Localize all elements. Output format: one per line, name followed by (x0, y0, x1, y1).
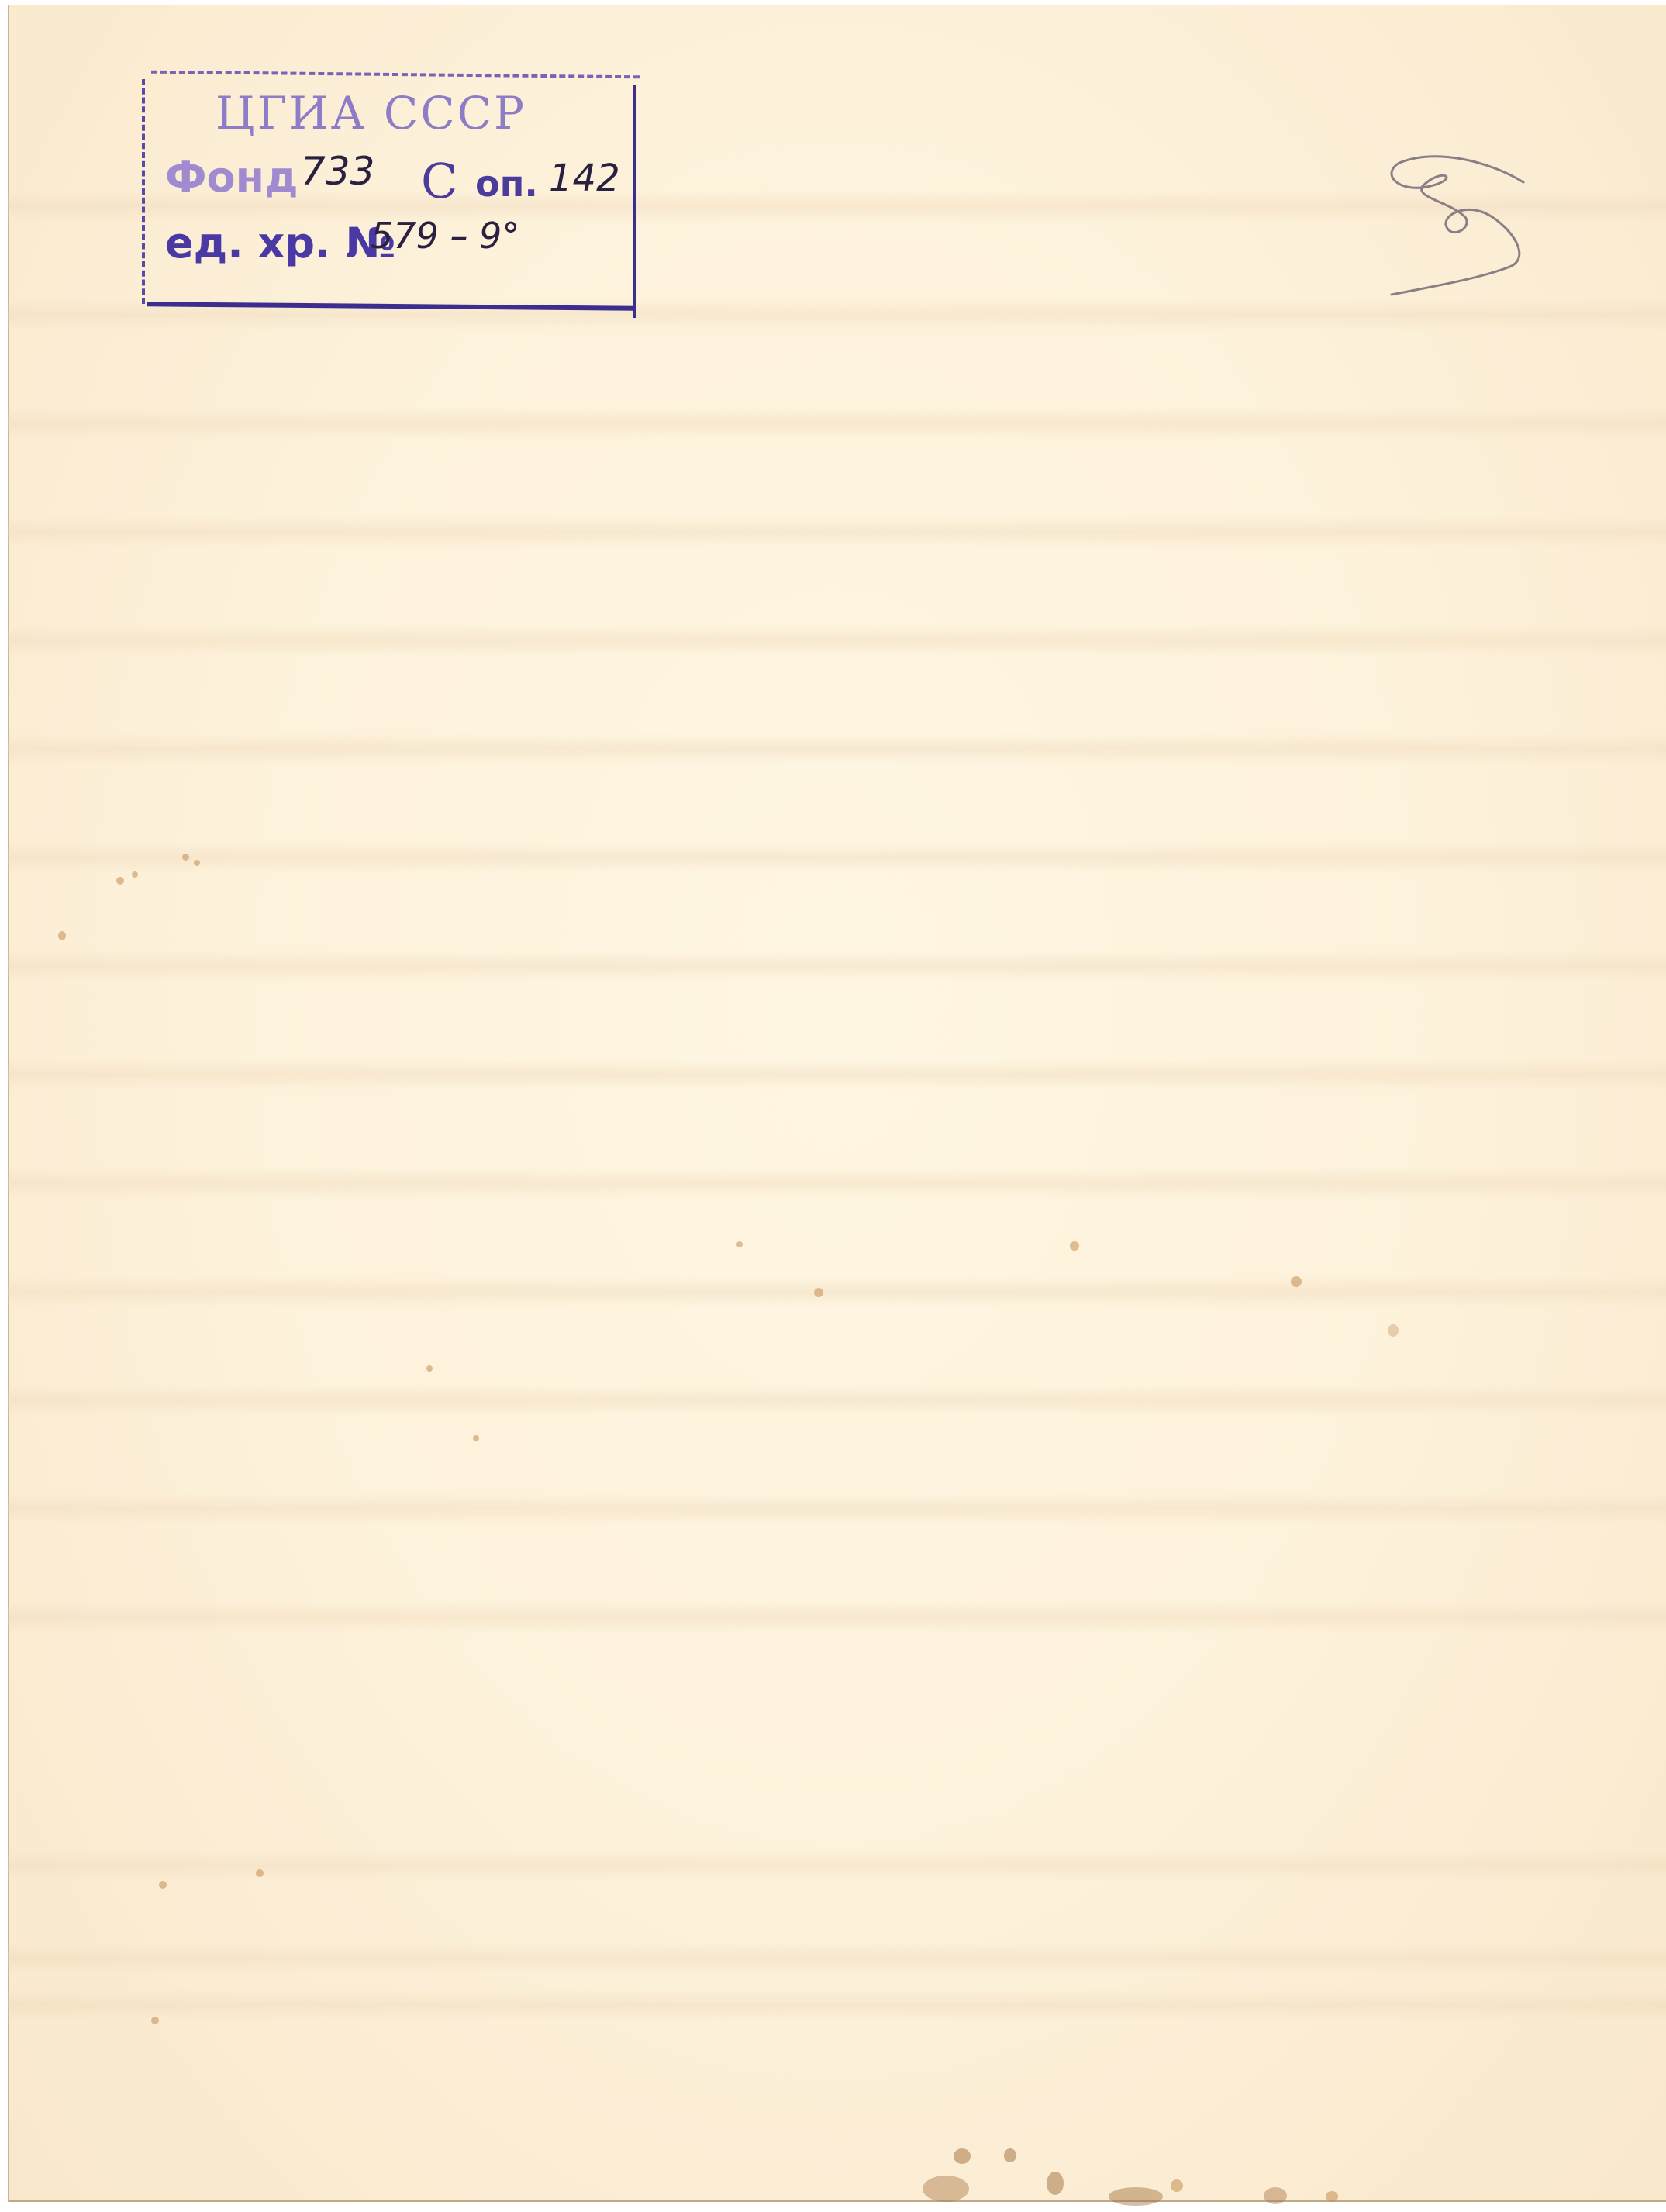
opis-label: оп. (475, 163, 538, 205)
foxing-spot (1291, 1276, 1302, 1287)
bleed-through-line (8, 1943, 1666, 1974)
bleed-through-line (8, 1385, 1666, 1416)
bleed-through-line (8, 1059, 1666, 1090)
fond-number: 733 (301, 149, 374, 194)
stamp-title: ЦГИА СССР (216, 87, 526, 140)
bleed-through-line (8, 516, 1666, 547)
stamp-border (142, 79, 145, 304)
foxing-spot (426, 1365, 433, 1372)
item-label: ед. хр. № (165, 219, 395, 267)
foxing-spot (1109, 2187, 1163, 2206)
foxing-spot (132, 871, 138, 878)
bleed-through-line (8, 733, 1666, 764)
bleed-through-line (8, 1989, 1666, 2020)
bleed-through-line (8, 842, 1666, 873)
document-sheet (8, 5, 1666, 2202)
foxing-spot (814, 1288, 823, 1297)
foxing-spot (1388, 1324, 1399, 1337)
foxing-spot (1171, 2179, 1183, 2192)
bleed-through-line (8, 1276, 1666, 1307)
foxing-spot (159, 1881, 167, 1889)
opis-number: 142 (549, 157, 620, 200)
bleed-through-line (8, 951, 1666, 982)
bleed-through-line (8, 1602, 1666, 1633)
bleed-through-line (8, 1168, 1666, 1199)
foxing-spot (954, 2148, 971, 2164)
archive-stamp: ЦГИА СССР Фонд 733 С оп. 142 ед. хр. № 5… (142, 71, 636, 305)
item-number: 579 – 9° (371, 215, 519, 257)
collection-letter: С (421, 153, 457, 209)
foxing-spot (1070, 1241, 1079, 1251)
foxing-spot (194, 860, 200, 866)
item-number-suffix: – 9° (450, 215, 519, 257)
foxing-spot (736, 1241, 743, 1247)
bleed-through-line (8, 408, 1666, 439)
foxing-spot (1326, 2191, 1338, 2202)
stamp-border (633, 85, 636, 318)
fond-label: Фонд (165, 153, 298, 202)
foxing-spot (1004, 2148, 1016, 2162)
item-number-value: 579 (371, 215, 439, 257)
foxing-spot (116, 877, 124, 885)
foxing-spot (473, 1435, 479, 1441)
foxing-spot (1264, 2187, 1287, 2204)
foxing-spot (151, 2017, 159, 2024)
folio-number-8 (1376, 143, 1531, 298)
foxing-spot (923, 2176, 969, 2202)
stamp-border (151, 71, 640, 79)
bleed-through-line (8, 1850, 1666, 1881)
foxing-spot (182, 854, 189, 861)
foxing-spot (58, 931, 66, 940)
foxing-spot (1047, 2172, 1064, 2195)
foxing-spot (256, 1869, 264, 1877)
pencil-folio-mark-icon (1376, 143, 1531, 298)
bleed-through-line (8, 1493, 1666, 1524)
bleed-through-line (8, 625, 1666, 656)
